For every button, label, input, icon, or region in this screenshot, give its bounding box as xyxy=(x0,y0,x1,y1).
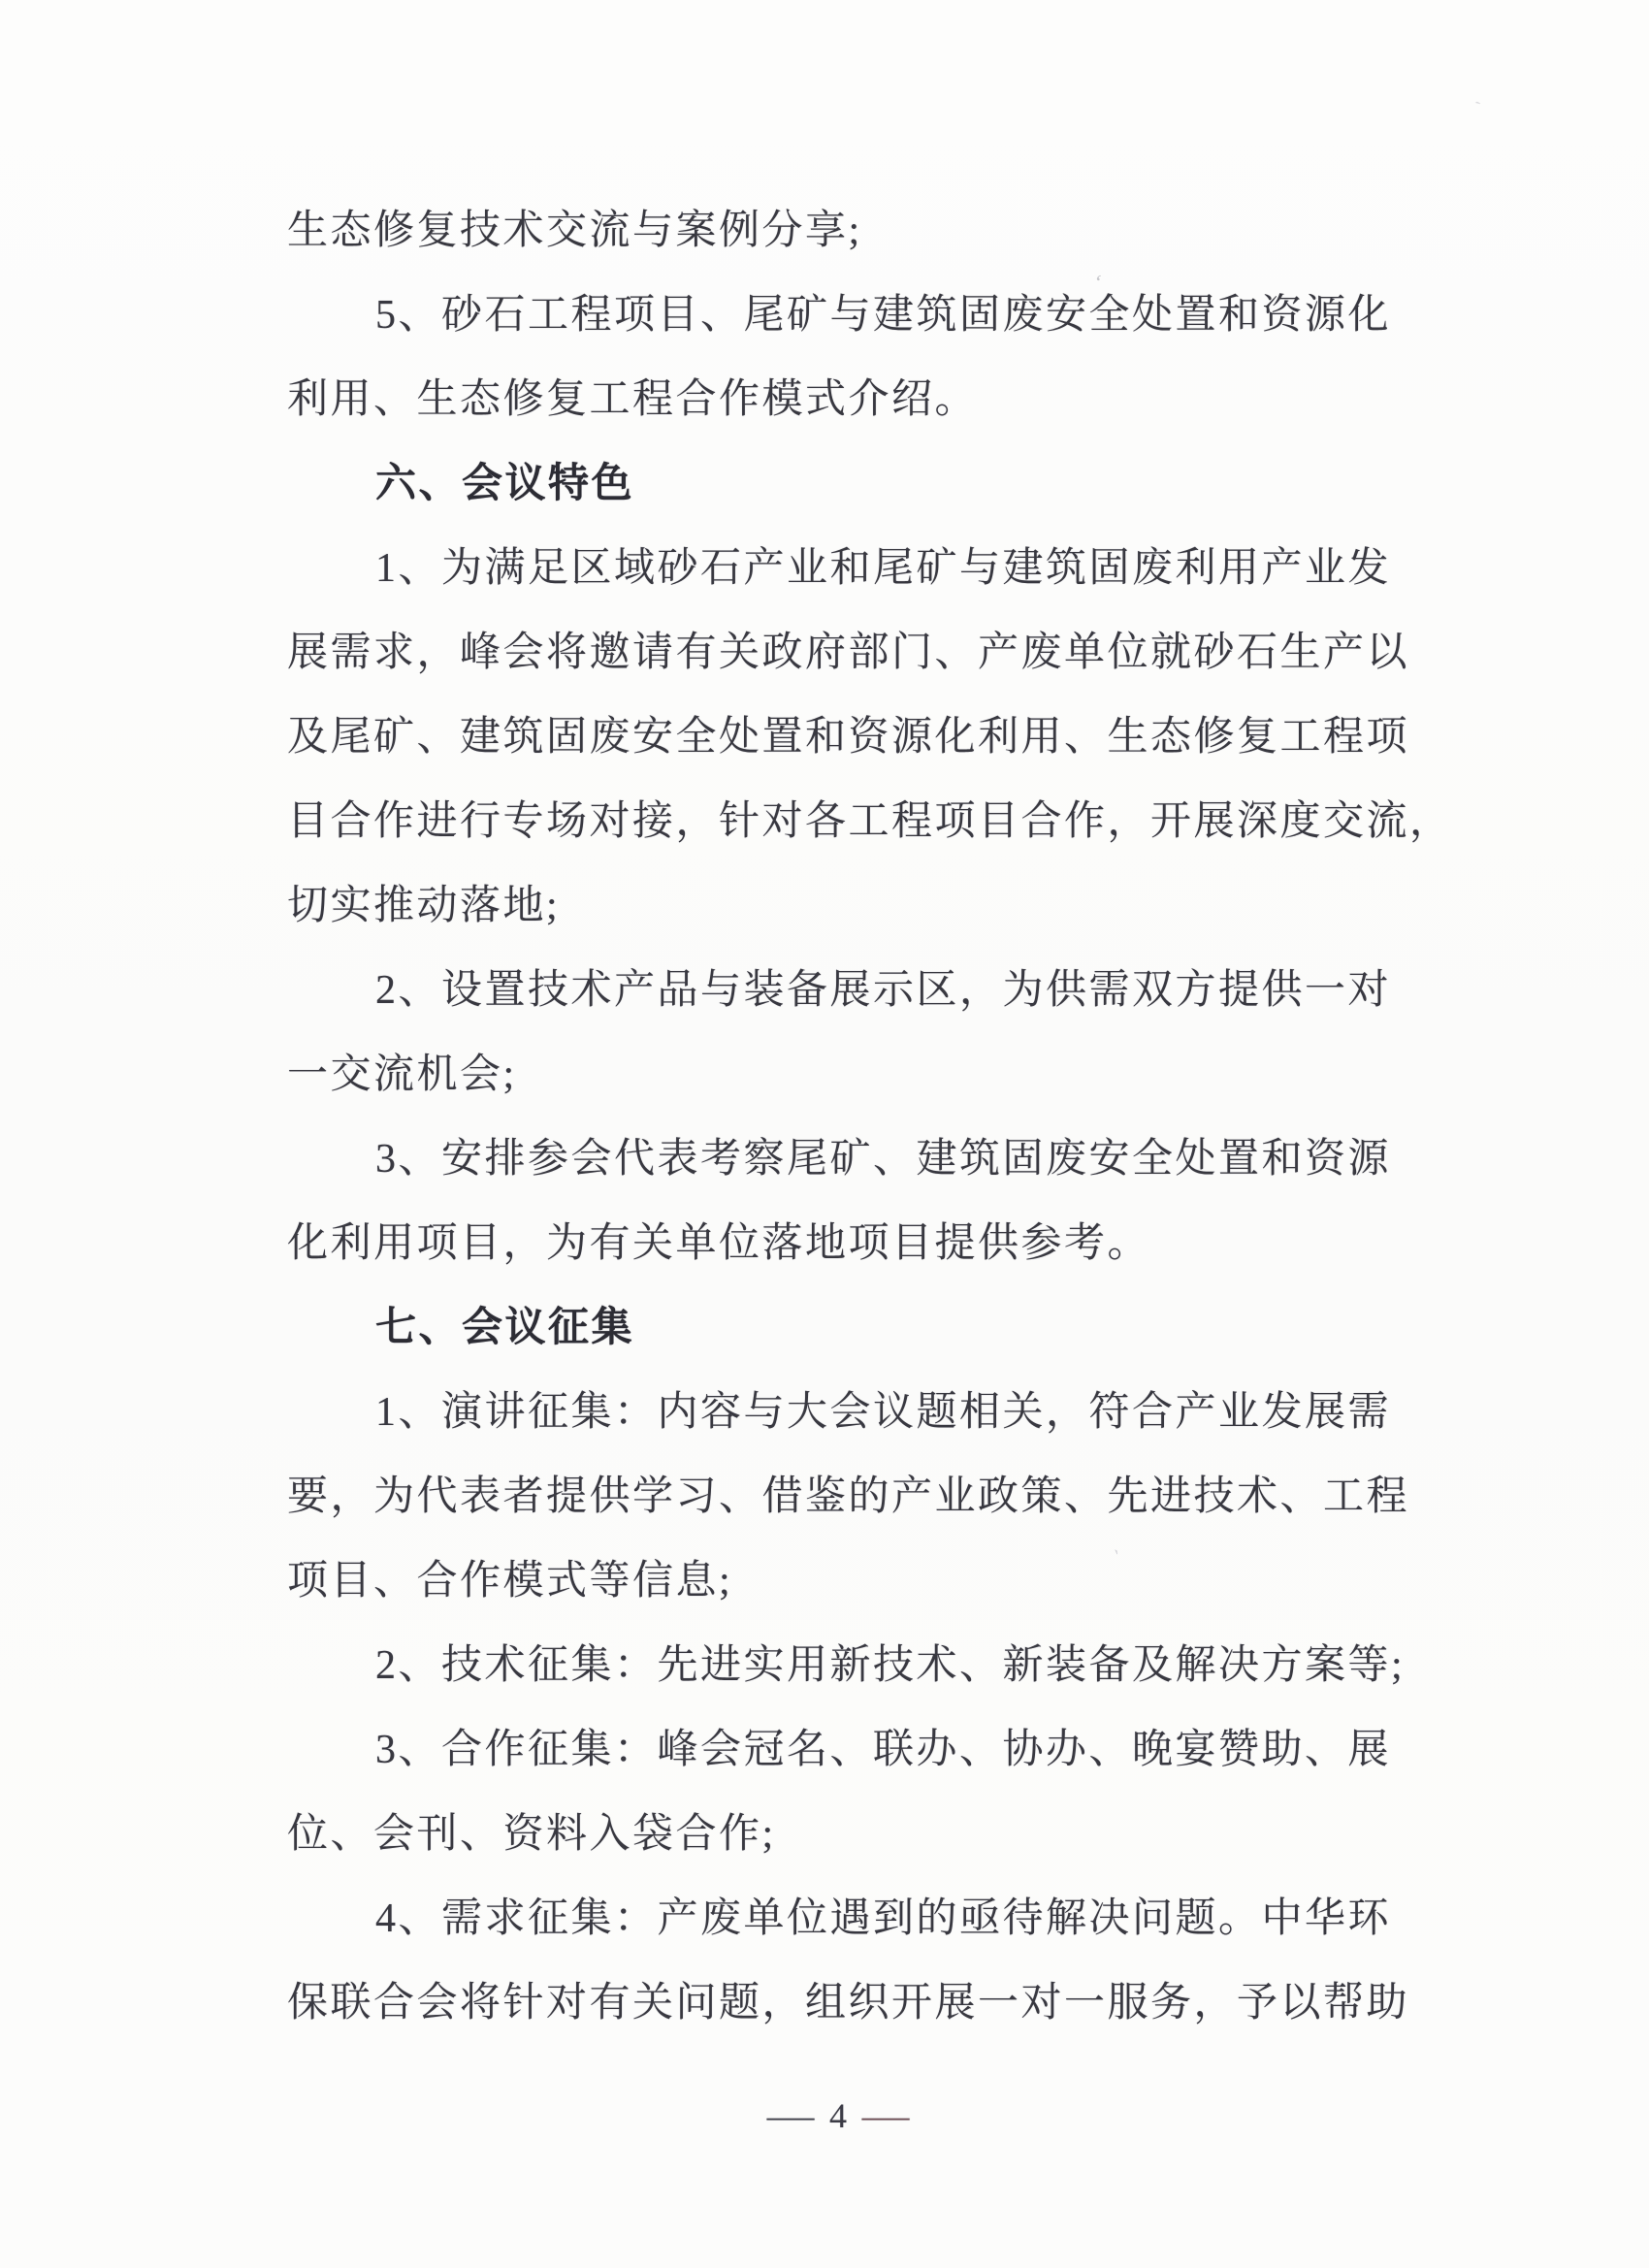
text-line: 生态修复技术交流与案例分享; xyxy=(287,189,1417,274)
text-line: 切实推动落地; xyxy=(287,864,1417,949)
text-line: 3、安排参会代表考察尾矿、建筑固废安全处置和资源 xyxy=(287,1118,1417,1202)
text-line: 及尾矿、建筑固废安全处置和资源化利用、生态修复工程项 xyxy=(287,696,1417,780)
text-line: 目合作进行专场对接，针对各工程项目合作，开展深度交流， xyxy=(287,780,1417,864)
text-line: 2、技术征集：先进实用新技术、新装备及解决方案等; xyxy=(287,1624,1417,1708)
text-line: 化利用项目，为有关单位落地项目提供参考。 xyxy=(287,1202,1417,1286)
text-line: 要，为代表者提供学习、借鉴的产业政策、先进技术、工程 xyxy=(287,1455,1417,1539)
scan-artifact: ˎ xyxy=(1466,81,1482,108)
text-line: 保联合会将针对有关问题，组织开展一对一服务，予以帮助 xyxy=(287,1961,1417,2046)
page-number-dash-left: — xyxy=(767,2095,815,2136)
text-line: 利用、生态修复工程合作模式介绍。 xyxy=(287,358,1417,442)
page-number-value: 4 xyxy=(829,2095,847,2136)
text-line: 一交流机会; xyxy=(287,1033,1417,1118)
text-line: 5、砂石工程项目、尾矿与建筑固废安全处置和资源化 xyxy=(287,274,1417,358)
text-line: 展需求，峰会将邀请有关政府部门、产废单位就砂石生产以 xyxy=(287,611,1417,696)
text-line: 4、需求征集：产废单位遇到的亟待解决问题。中华环 xyxy=(287,1877,1417,1961)
text-line: 位、会刊、资料入袋合作; xyxy=(287,1793,1417,1877)
section-heading: 七、会议征集 xyxy=(287,1286,1417,1371)
text-line: 1、为满足区域砂石产业和尾矿与建筑固废利用产业发 xyxy=(287,527,1417,611)
document-body: 生态修复技术交流与案例分享; 5、砂石工程项目、尾矿与建筑固废安全处置和资源化 … xyxy=(287,189,1417,2046)
text-line: 2、设置技术产品与装备展示区，为供需双方提供一对 xyxy=(287,949,1417,1033)
section-heading: 六、会议特色 xyxy=(287,442,1417,527)
text-line: 项目、合作模式等信息; xyxy=(287,1539,1417,1624)
page-number: —4— xyxy=(14,2095,1649,2136)
text-line: 3、合作征集：峰会冠名、联办、协办、晚宴赞助、展 xyxy=(287,1708,1417,1793)
page-number-dash-right: — xyxy=(862,2095,910,2136)
text-line: 1、演讲征集：内容与大会议题相关，符合产业发展需 xyxy=(287,1371,1417,1455)
scanned-document-page: 生态修复技术交流与案例分享; 5、砂石工程项目、尾矿与建筑固废安全处置和资源化 … xyxy=(0,0,1649,2268)
